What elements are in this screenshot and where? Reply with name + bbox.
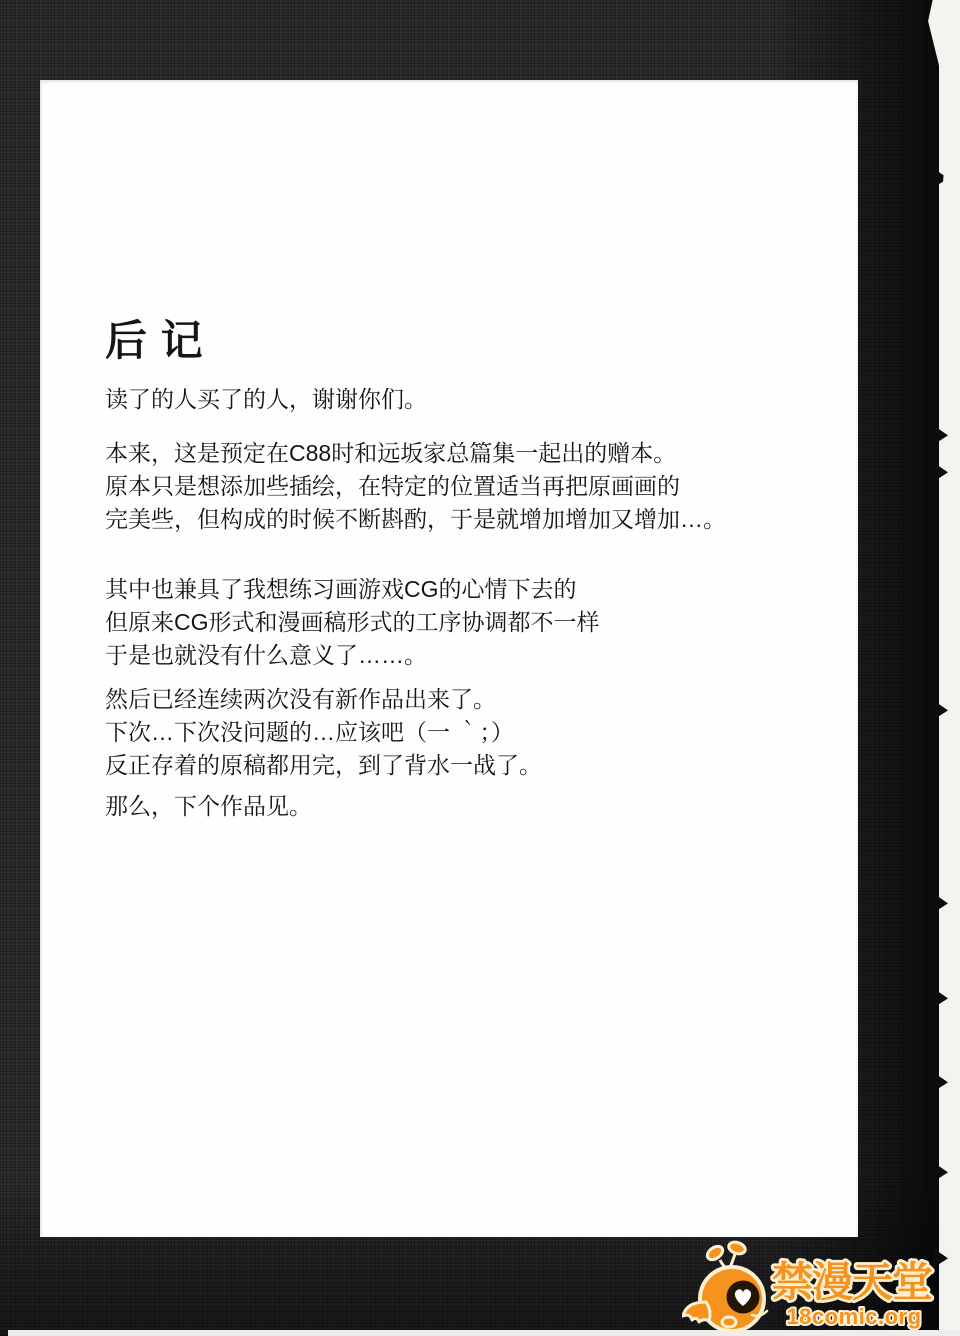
afterword-paragraph: 其中也兼具了我想练习画游戏CG的心情下去的 但原来CG形式和漫画稿形式的工序协调… [105, 573, 828, 672]
page-title: 后 记 [105, 318, 828, 364]
torn-edge-notch [933, 1162, 948, 1182]
watermark-site-url: 18comic.org [786, 1304, 921, 1329]
torn-edge-notch [933, 1072, 948, 1092]
text-line: 反正存着的原稿都用完，到了背水一战了。 [105, 749, 828, 782]
text-line: 于是也就没有什么意义了……。 [105, 639, 828, 672]
afterword-text-block: 后 记 读了的人买了的人，谢谢你们。 本来，这是预定在C88时和远坂家总篇集一起… [105, 80, 828, 823]
torn-edge-notch [933, 700, 948, 720]
afterword-paragraph: 本来，这是预定在C88时和远坂家总篇集一起出的赠本。 原本只是想添加些插绘，在特… [105, 437, 828, 536]
watermark: 禁漫天堂 18comic.org [682, 1240, 936, 1334]
watermark-site-name: 禁漫天堂 [772, 1259, 933, 1305]
text-line: 完美些，但构成的时候不断斟酌，于是就增加增加又增加…。 [105, 503, 828, 536]
text-line: 原本只是想添加些插绘，在特定的位置适当再把原画画的 [105, 470, 828, 503]
torn-edge-notch [933, 462, 948, 482]
scanned-page: 后 记 读了的人买了的人，谢谢你们。 本来，这是预定在C88时和远坂家总篇集一起… [40, 80, 858, 1237]
scan-background: 后 记 读了的人买了的人，谢谢你们。 本来，这是预定在C88时和远坂家总篇集一起… [0, 0, 960, 1336]
afterword-paragraph: 读了的人买了的人，谢谢你们。 [105, 383, 828, 416]
text-line: 其中也兼具了我想练习画游戏CG的心情下去的 [105, 573, 828, 606]
afterword-paragraph: 然后已经连续两次没有新作品出来了。 下次…下次没问题的…应该吧（一 ｀；） 反正… [105, 683, 828, 782]
text-line: 那么，下个作品见。 [105, 790, 828, 823]
text-line: 读了的人买了的人，谢谢你们。 [105, 383, 828, 416]
text-line: 本来，这是预定在C88时和远坂家总篇集一起出的赠本。 [105, 437, 828, 470]
torn-edge-notch [933, 893, 948, 913]
text-line: 然后已经连续两次没有新作品出来了。 [105, 683, 828, 716]
afterword-paragraph: 那么，下个作品见。 [105, 790, 828, 823]
torn-edge-notch [933, 425, 948, 445]
torn-edge-notch [933, 988, 948, 1008]
text-line: 下次…下次没问题的…应该吧（一 ｀；） [105, 716, 828, 749]
mascot-icon [683, 1240, 767, 1331]
text-line: 但原来CG形式和漫画稿形式的工序协调都不一样 [105, 606, 828, 639]
